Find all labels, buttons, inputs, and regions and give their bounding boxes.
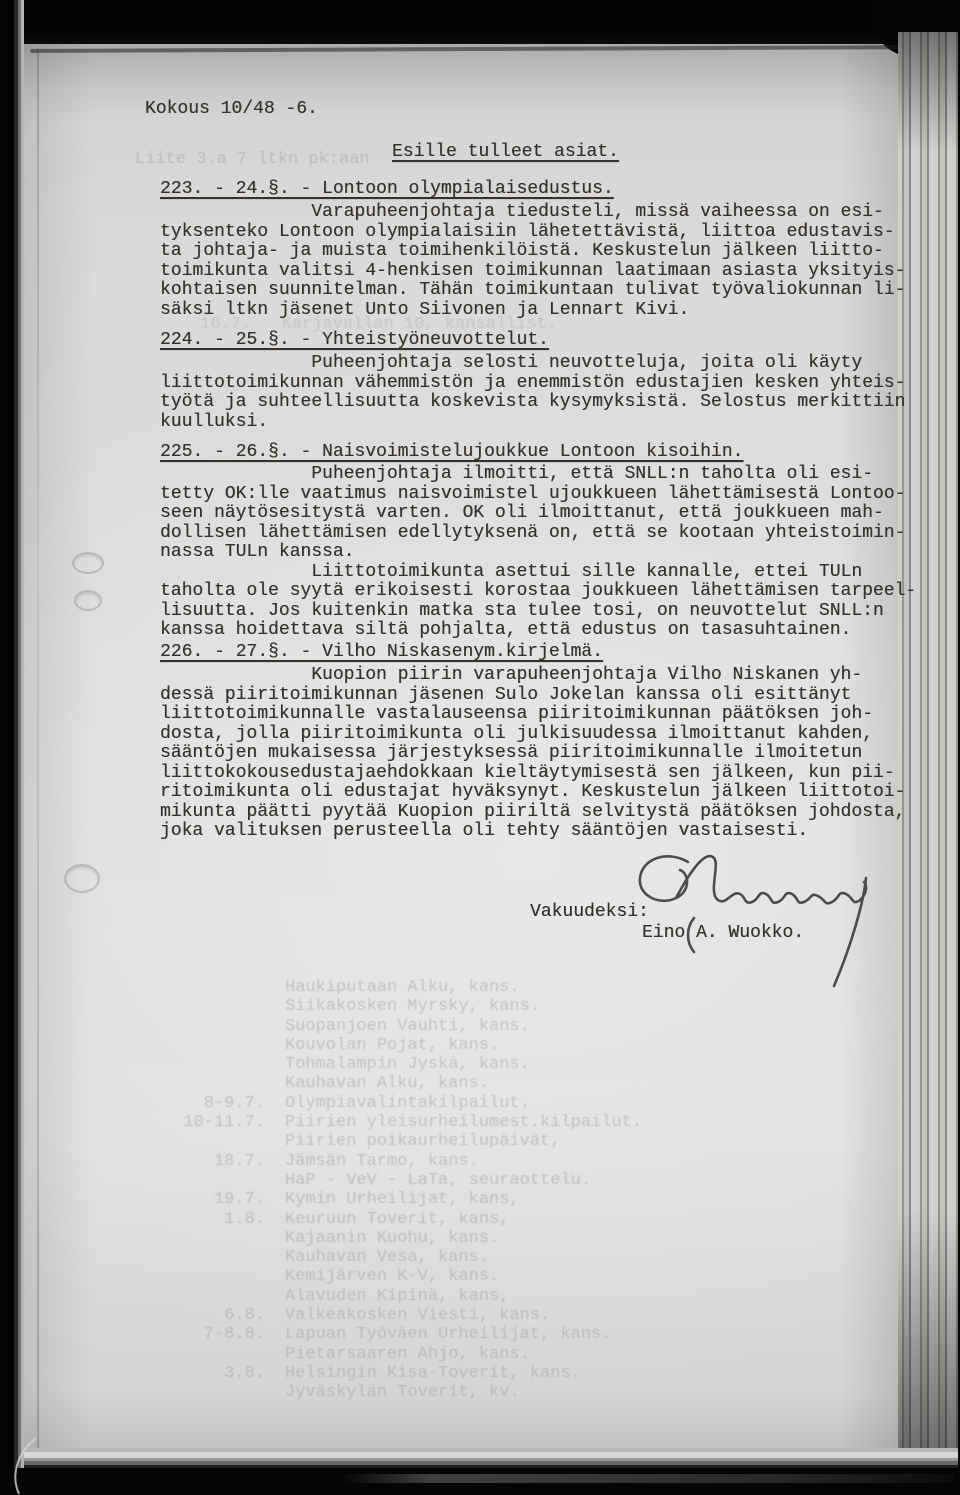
page-stack-bottom [24, 1448, 958, 1470]
ghost-row: 8-9.7. Olympiavalintakilpailut. [150, 1094, 770, 1113]
section-body: Kuopion piirin varapuheenjohtaja Vilho N… [160, 666, 905, 842]
ghost-date: 8-9.7. [150, 1094, 285, 1113]
ghost-text: Kauhavan Vesa, kans. [285, 1248, 489, 1267]
paragraph-line: dosta, jolla piiritoimikunta oli julkisu… [160, 725, 905, 745]
ghost-row: Alavuden Kipinä, kans, [150, 1287, 770, 1306]
stray-thread-mark [4, 1436, 46, 1495]
paragraph-line: joka valituksen perusteella oli tehty sä… [160, 822, 905, 842]
paragraph-line: Puheenjohtaja selosti neuvotteluja, joit… [160, 354, 905, 374]
meeting-number-header: Kokous 10/48 -6. [145, 100, 318, 120]
ghost-row: 6.8. Valkeakosken Viesti, kans. [150, 1306, 770, 1325]
paragraph-line: nassa TULn kanssa. [160, 543, 916, 563]
paragraph-line: kuulluksi. [160, 413, 905, 433]
ghost-attachment-note: Liite 3.a 7 ltkn pk:aan [135, 150, 370, 169]
paragraph-line: Liittotoimikunta asettui sille kannalle,… [160, 563, 916, 583]
ghost-date [150, 1229, 285, 1248]
ghost-row: Kauhavan Vesa, kans. [150, 1248, 770, 1267]
paragraph-line: Varapuheenjohtaja tiedusteli, missä vaih… [160, 203, 905, 223]
ghost-date [150, 1055, 285, 1074]
paragraph-line: liittotoimikunnan vähemmistön ja enemmis… [160, 374, 905, 394]
ghost-row: Jyväskylän Toverit, kv. [150, 1383, 770, 1402]
ghost-date: 7-8.8. [150, 1325, 285, 1344]
ghost-text: Piirien yleisurheilumest.kilpailut. [285, 1113, 642, 1132]
paragraph-line: dessä piiritoimikunnan jäsenen Sulo Joke… [160, 686, 905, 706]
paragraph-line: sääntöjen mukaisessa järjestyksessä piir… [160, 744, 905, 764]
ghost-date: 19.7. [150, 1190, 285, 1209]
scanned-document-page: Liite 3.a 7 ltkn pk:aan 16.7. Karjavalla… [0, 0, 960, 1495]
ghost-date [150, 978, 285, 997]
ghost-text: Pietarsaaren Ahjo, kans. [285, 1345, 530, 1364]
page-fold-crease [37, 48, 39, 1448]
paragraph-line: ta johtaja- ja muista toimihenkilöistä. … [160, 242, 905, 262]
paragraph-line: kanssa hoidettava siltä pohjalta, että e… [160, 621, 916, 641]
paragraph-line: toimikunta valitsi 4-henkisen toimikunna… [160, 262, 905, 282]
ghost-date [150, 1248, 285, 1267]
section-body: Puheenjohtaja selosti neuvotteluja, joit… [160, 354, 905, 432]
ghost-row: 3.8. Helsingin Kisa-Toverit, kans. [150, 1364, 770, 1383]
ghost-date [150, 1287, 285, 1306]
ghost-date: 3.8. [150, 1364, 285, 1383]
ghost-date [150, 1132, 285, 1151]
scan-bottom-highlight [340, 1474, 954, 1483]
section-heading: 225. - 26.§. - Naisvoimistelujoukkue Lon… [160, 443, 743, 463]
paragraph-line: dollisen lähettämisen edellytyksenä on, … [160, 524, 916, 544]
paragraph-line: tetty OK:lle vaatimus naisvoimistel ujou… [160, 485, 916, 505]
section-body: Puheenjohtaja ilmoitti, että SNLL:n taho… [160, 465, 916, 641]
ghost-text: Kauhavan Alku, kans. [285, 1074, 489, 1093]
ghost-text: Alavuden Kipinä, kans, [285, 1287, 509, 1306]
ghost-text: Valkeakosken Viesti, kans. [285, 1306, 550, 1325]
ghost-date [150, 1267, 285, 1286]
section-heading: 226. - 27.§. - Vilho Niskasenym.kirjelmä… [160, 643, 603, 663]
signer-name: Eino A. Wuokko. [642, 924, 804, 944]
paragraph-line: Kuopion piirin varapuheenjohtaja Vilho N… [160, 666, 905, 686]
page-stack-right [898, 32, 958, 1466]
paragraph-line: liittokokousedustajaehdokkaan kieltäytym… [160, 764, 905, 784]
ghost-date: 6.8. [150, 1306, 285, 1325]
ghost-row: 7-8.8. Lapuan Työväen Urheilijat, kans. [150, 1325, 770, 1344]
paragraph-line: ritoimikunta oli edustajat hyväksynyt. K… [160, 783, 905, 803]
document-title: Esille tulleet asiat. [392, 143, 619, 163]
ghost-date: 10-11.7. [150, 1113, 285, 1132]
ghost-row: Suopanjoen Vauhti, kans. [150, 1017, 770, 1036]
ghost-text: Kajaanin Kuohu, kans. [285, 1229, 499, 1248]
paragraph-line: taholta ole syytä erikoisesti korostaa j… [160, 582, 916, 602]
ghost-text: Olympiavalintakilpailut. [285, 1094, 530, 1113]
ghost-row: Pietarsaaren Ahjo, kans. [150, 1345, 770, 1364]
margin-mark [74, 590, 102, 611]
ghost-date [150, 1074, 285, 1093]
ghost-row: 1.8. Keuruun Toverit, kans, [150, 1210, 770, 1229]
ghost-text: Kouvolan Pojat, kans. [285, 1036, 499, 1055]
ghost-row: 19.7. Kymin Urheilijat, kans, [150, 1190, 770, 1209]
ghost-row: Kemijärven K-V, kans. [150, 1267, 770, 1286]
ghost-row: Tohmalampin Jyskä, kans. [150, 1055, 770, 1074]
ghost-text: Suopanjoen Vauhti, kans. [285, 1017, 530, 1036]
ghost-row: Siikakosken Myrsky, kans. [150, 997, 770, 1016]
paragraph-line: säksi ltkn jäsenet Unto Siivonen ja Lenn… [160, 301, 905, 321]
ghost-row: Kajaanin Kuohu, kans. [150, 1229, 770, 1248]
ghost-row: HaP - VeV - LaTa, seuraottelu. [150, 1171, 770, 1190]
ghost-text: Helsingin Kisa-Toverit, kans. [285, 1364, 581, 1383]
paragraph-line: lisuutta. Jos kuitenkin matka sta tulee … [160, 602, 916, 622]
ghost-date [150, 1036, 285, 1055]
ghost-date: 18.7. [150, 1152, 285, 1171]
section-body: Varapuheenjohtaja tiedusteli, missä vaih… [160, 203, 905, 320]
section-heading: 224. - 25.§. - Yhteistyöneuvottelut. [160, 331, 549, 351]
scan-top-border [0, 0, 960, 44]
ghost-row: 10-11.7. Piirien yleisurheilumest.kilpai… [150, 1113, 770, 1132]
paragraph-line: liittotoimikunnalle vastalauseensa piiri… [160, 705, 905, 725]
margin-mark [64, 864, 100, 893]
section-heading: 223. - 24.§. - Lontoon olympialaisedustu… [160, 180, 614, 200]
paragraph-line: seen näytösesitystä varten. OK oli ilmoi… [160, 504, 916, 524]
ghost-row: Piirien poikaurheilupäivät, [150, 1132, 770, 1151]
paragraph-line: työtä ja suhteellisuutta koskevista kysy… [160, 393, 905, 413]
ghost-date: 1.8. [150, 1210, 285, 1229]
ghost-text: Keuruun Toverit, kans, [285, 1210, 509, 1229]
paragraph-line: mikunta päätti pyytää Kuopion piiriltä s… [160, 803, 905, 823]
paragraph-line: tyksenteko Lontoon olympialaisiin lähete… [160, 223, 905, 243]
ghost-row: Kauhavan Alku, kans. [150, 1074, 770, 1093]
ghost-row: 18.7. Jämsän Tarmo, kans. [150, 1152, 770, 1171]
ghost-text: Haukiputaan Alku, kans. [285, 978, 520, 997]
ghost-text: Jyväskylän Toverit, kv. [285, 1383, 520, 1402]
ghost-text: Tohmalampin Jyskä, kans. [285, 1055, 530, 1074]
ghost-row: Kouvolan Pojat, kans. [150, 1036, 770, 1055]
ghost-text: Jämsän Tarmo, kans. [285, 1152, 479, 1171]
book-spine-edge [0, 0, 24, 1495]
ghost-date [150, 1345, 285, 1364]
ghost-date [150, 1017, 285, 1036]
paragraph-line: Puheenjohtaja ilmoitti, että SNLL:n taho… [160, 465, 916, 485]
ghost-date [150, 1383, 285, 1402]
ghost-text: Siikakosken Myrsky, kans. [285, 997, 540, 1016]
ghost-text: HaP - VeV - LaTa, seuraottelu. [285, 1171, 591, 1190]
ghost-date [150, 997, 285, 1016]
ghost-text: Piirien poikaurheilupäivät, [285, 1132, 560, 1151]
margin-mark [72, 552, 104, 574]
ghost-text: Kymin Urheilijat, kans, [285, 1190, 520, 1209]
paragraph-line: kohtaisen suunnitelman. Tähän toimikunta… [160, 281, 905, 301]
ghost-text: Lapuan Työväen Urheilijat, kans. [285, 1325, 611, 1344]
ghost-date [150, 1171, 285, 1190]
ghost-text: Kemijärven K-V, kans. [285, 1267, 499, 1286]
